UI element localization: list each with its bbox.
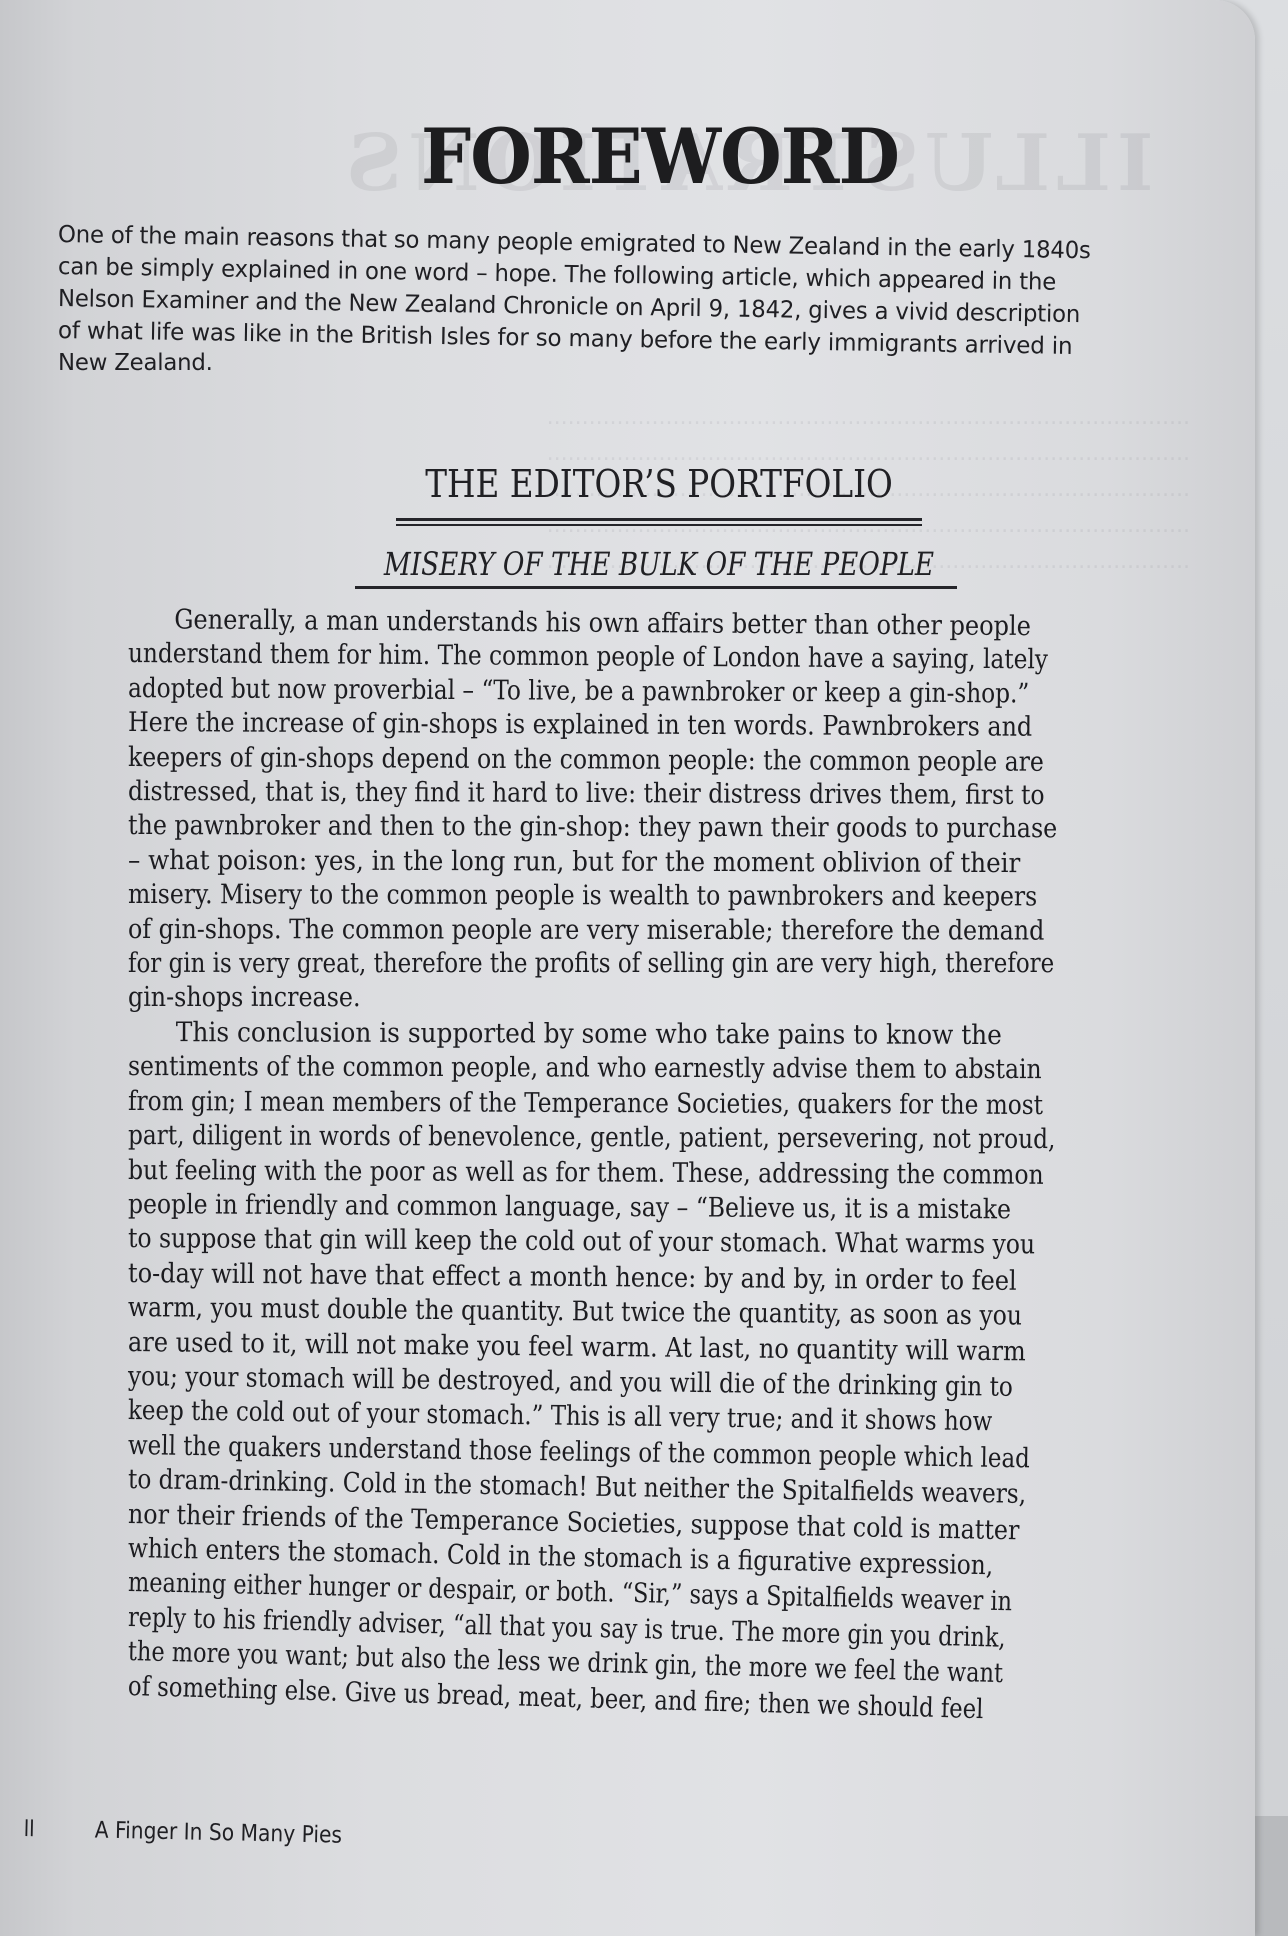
body-line: to suppose that gin will keep the cold o… — [128, 1222, 1037, 1263]
double-rule-divider — [396, 518, 922, 526]
section-title: THE EDITOR’S PORTFOLIO — [92, 462, 1225, 506]
page-number: II — [23, 1816, 75, 1843]
article-subtitle: MISERY OF THE BULK OF THE PEOPLE — [119, 545, 1200, 583]
running-book-title: A Finger In So Many Pies — [95, 1817, 343, 1848]
book-page: ILLUSTRATIONS ..........................… — [0, 0, 1255, 1936]
subtitle-underline — [355, 586, 957, 589]
intro-line: New Zealand. — [58, 346, 1203, 378]
body-line: the pawnbroker and then to the gin-shop:… — [128, 809, 1048, 847]
body-line: sentiments of the common people, and who… — [128, 1050, 1037, 1088]
body-line: for gin is very great, therefore the pro… — [128, 947, 1016, 981]
body-line: people in friendly and common language, … — [128, 1188, 1037, 1228]
body-line: – what poison: yes, in the long run, but… — [128, 844, 1079, 882]
intro-paragraph: One of the main reasons that so many peo… — [58, 218, 1238, 378]
body-line: but feeling with the poor as well as for… — [128, 1154, 1037, 1193]
article-body: Generally, a man understands his own aff… — [128, 603, 1173, 1704]
body-line: keepers of gin-shops depend on the commo… — [128, 741, 1037, 780]
page-footer: II A Finger In So Many Pies — [23, 1816, 376, 1849]
page-heading: FOREWORD — [46, 112, 1255, 201]
body-line: of gin-shops. The common people are very… — [128, 913, 1048, 949]
body-line: distressed, that is, they find it hard t… — [128, 775, 1037, 813]
body-line: This conclusion is supported by some who… — [128, 1016, 1090, 1054]
body-line: part, diligent in words of benevolence, … — [128, 1119, 1027, 1157]
body-line: gin-shops increase. — [128, 981, 1048, 1015]
body-line: Here the increase of gin-shops is explai… — [128, 706, 1048, 745]
body-line: from gin; I mean members of the Temperan… — [128, 1085, 1027, 1123]
body-line: misery. Misery to the common people is w… — [128, 878, 1037, 915]
